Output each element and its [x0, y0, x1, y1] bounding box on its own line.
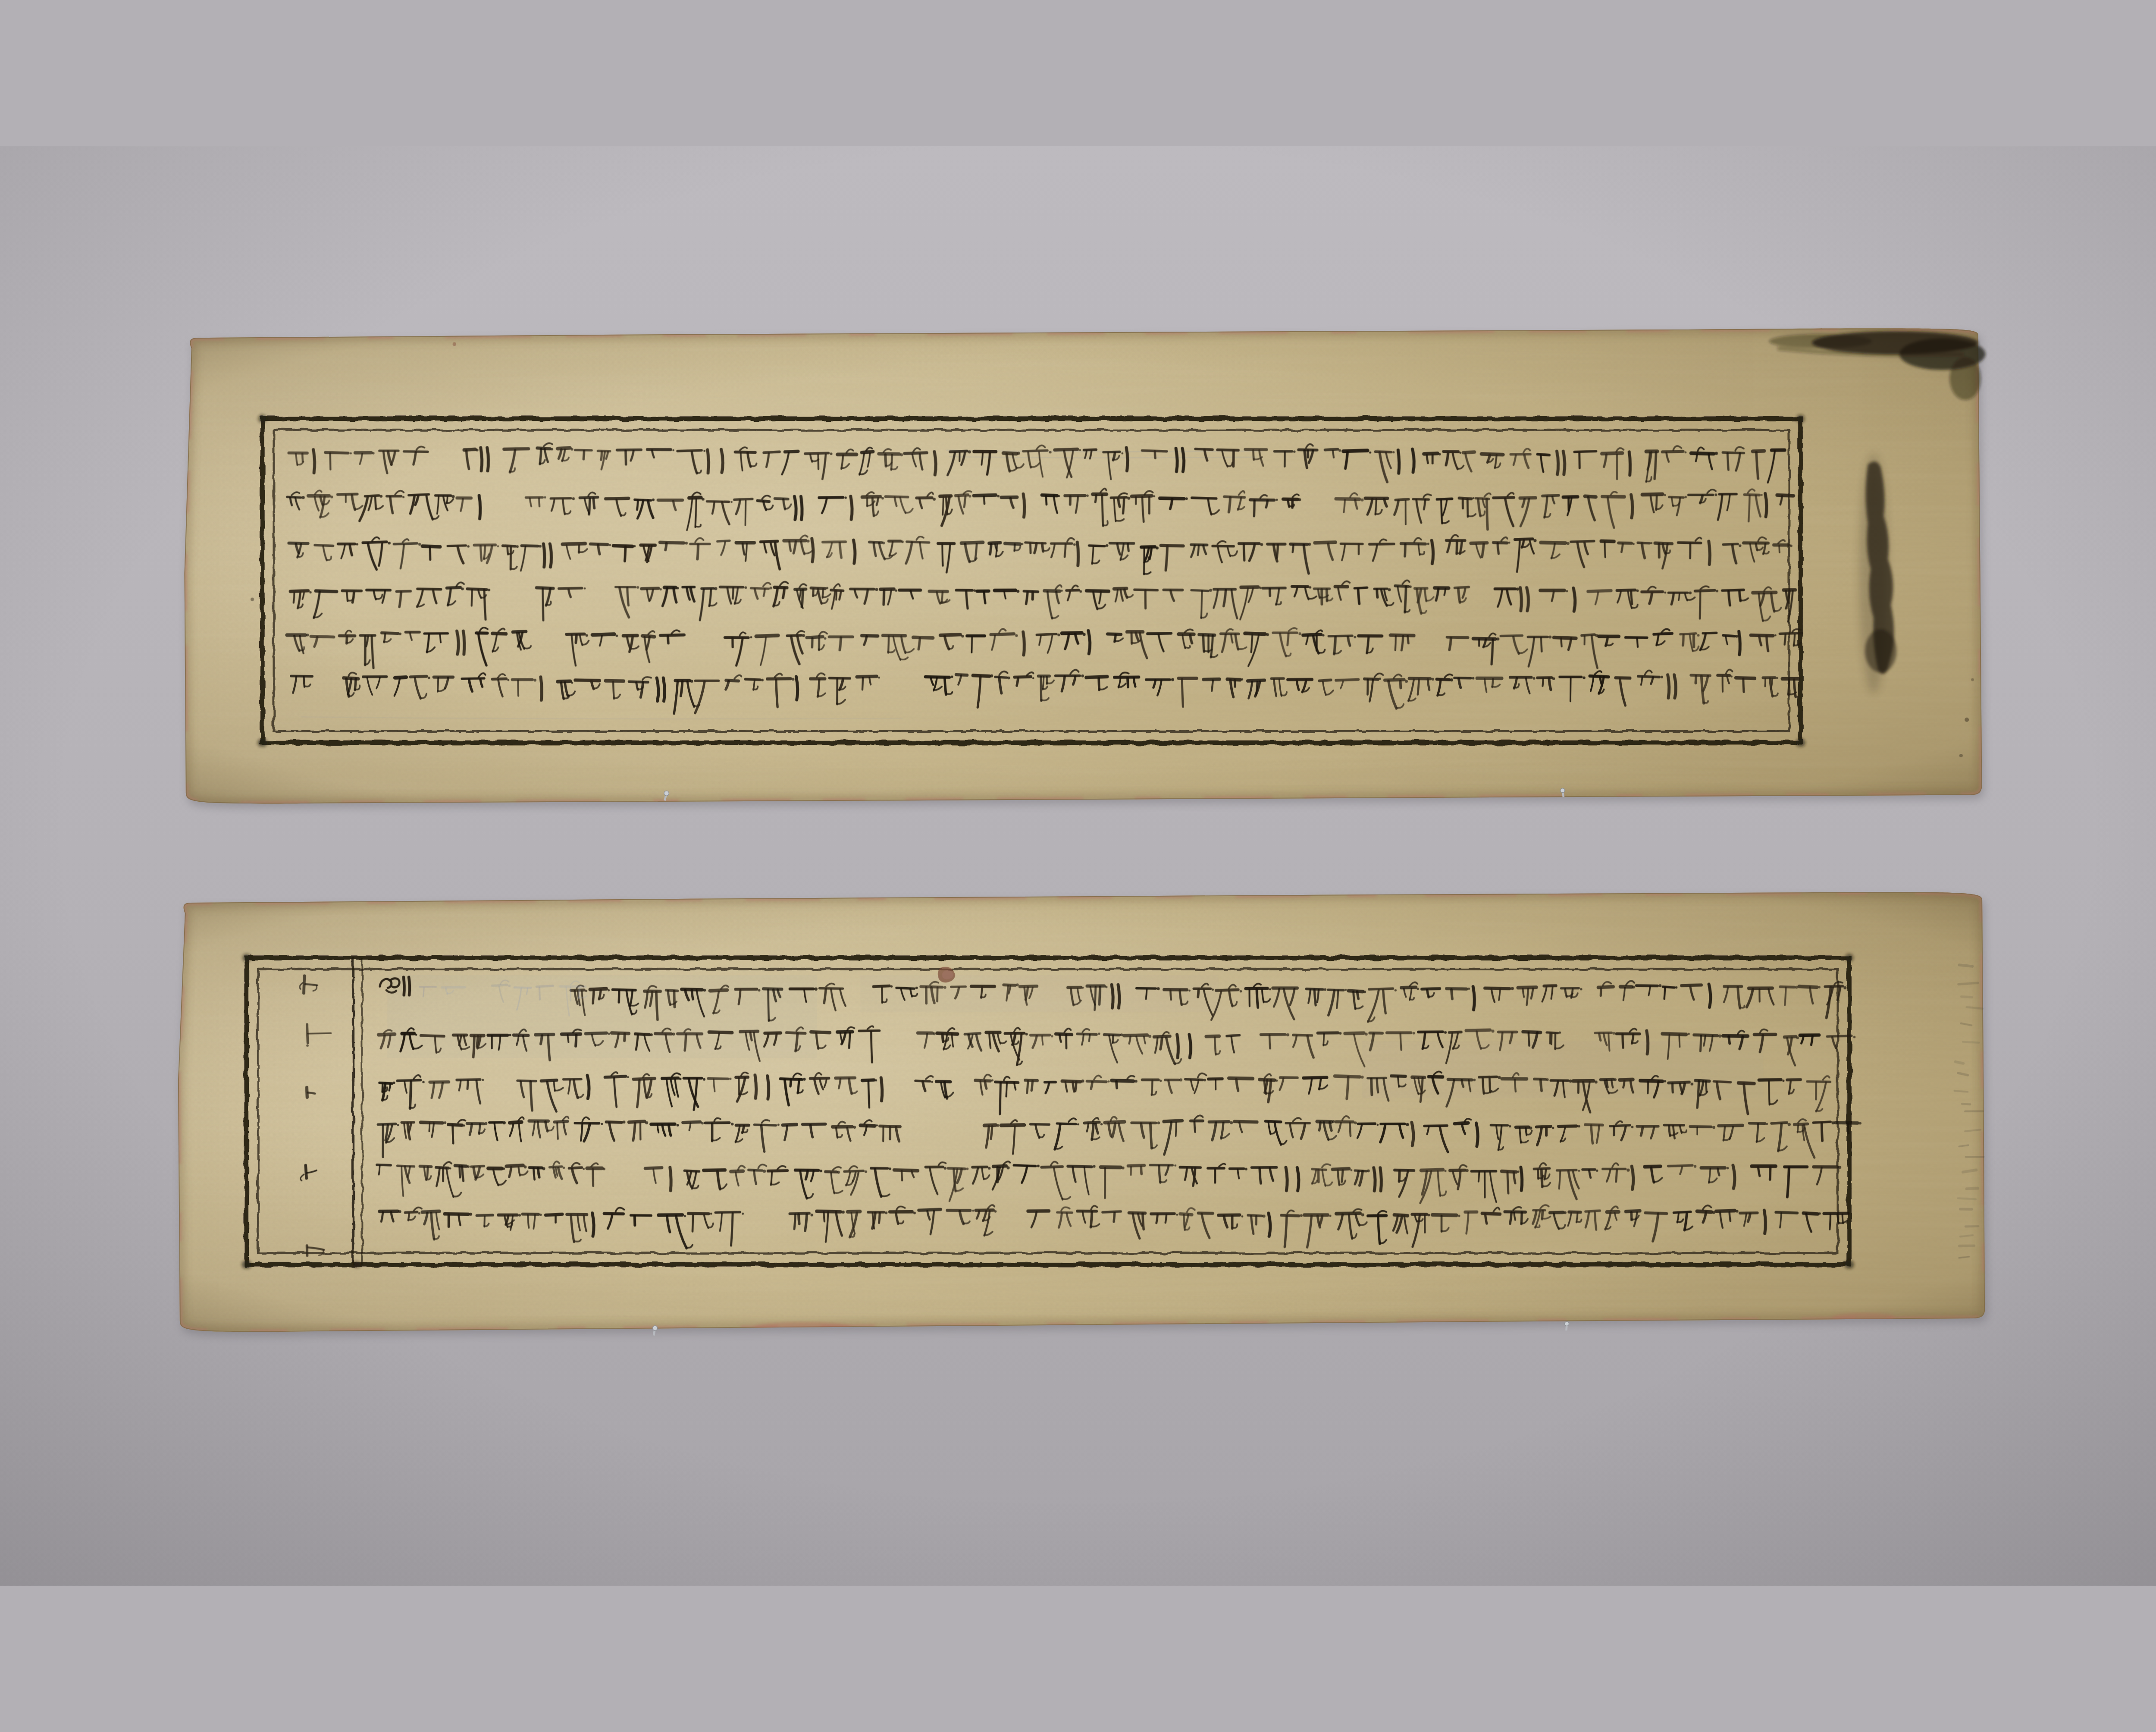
manuscript-photo-scene — [0, 0, 2156, 1732]
lower-manuscript-folio — [176, 891, 1987, 1337]
leaf-paper-texture — [184, 327, 1987, 806]
photograph-of-tibetan-manuscript — [0, 0, 2156, 1732]
upper-manuscript-folio — [184, 327, 1987, 808]
